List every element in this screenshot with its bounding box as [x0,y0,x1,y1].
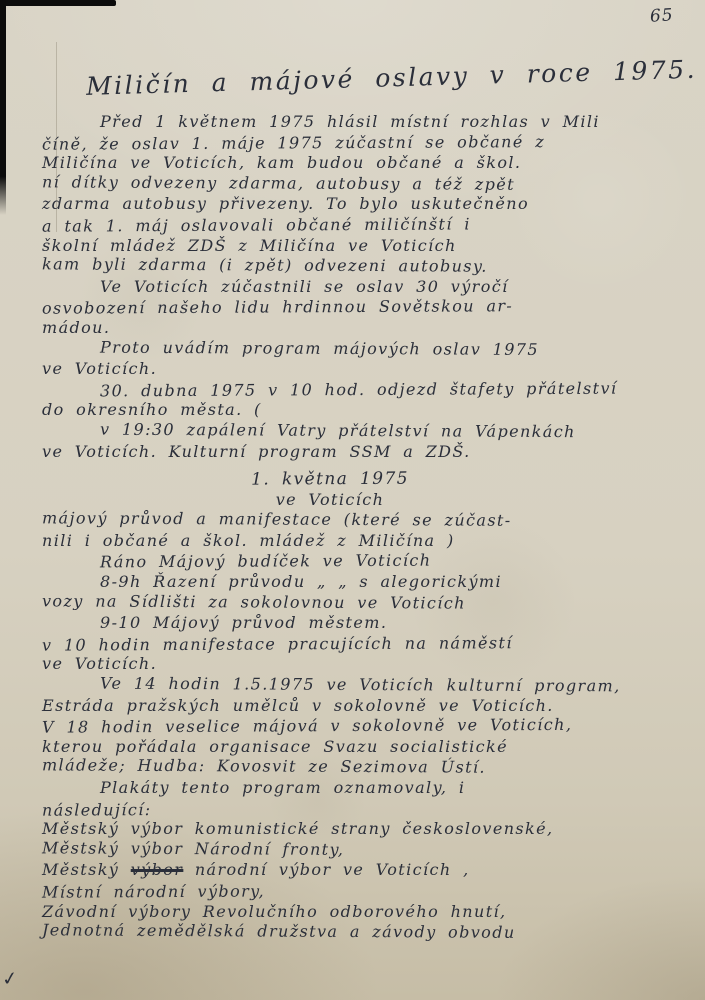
text-line: 30. dubna 1975 v 10 hod. odjezd štafety … [42,378,678,402]
text-line: Místní národní výbory, [42,879,678,903]
text-line: májový průvod a manifestace (které se zú… [42,509,678,533]
text-line: Závodní výbory Revolučního odborového hn… [42,902,678,923]
text-line: ve Voticích. [42,654,678,675]
text-line: 1. května 1975 [42,467,678,491]
page-title: Miličín a májové oslavy v roce 1975. [86,56,647,101]
text-line: ní dítky odvezeny zdarma, autobusy a též… [42,172,678,196]
text-line: Jednotná zemědělská družstva a závody ob… [42,920,678,944]
text-line: Ve 14 hodin 1.5.1975 ve Voticích kulturn… [42,673,678,697]
text-line: číně, že oslav 1. máje 1975 zúčastní se … [42,131,678,155]
checkmark-icon: ✓ [1,967,20,991]
text-line: nili i občané a škol. mládež z Miličína … [42,531,678,552]
scan-edge-left [0,0,6,215]
text-line: osvobození našeho lidu hrdinnou Sovětsko… [42,296,678,320]
text-line: školní mládež ZDŠ z Miličína ve Voticích [42,236,678,257]
text-line: Ráno Májový budíček ve Voticích [42,550,678,574]
text-line: vozy na Sídlišti za sokolovnou ve Voticí… [42,591,678,615]
text-segment: Městský [42,860,131,879]
text-line: Městský výbor komunistické strany českos… [42,819,678,840]
text-line: do okresního města. ( [42,400,678,421]
text-line: Ve Voticích zúčastnili se oslav 30 výroč… [42,277,678,298]
text-line: mádou. [42,318,678,339]
text-line: V 18 hodin veselice májová v sokolovně v… [42,715,678,739]
text-line: mládeže; Hudba: Kovosvit ze Sezimova Úst… [42,756,678,780]
text-segment: národní výbor ve Voticích , [183,860,469,879]
text-line: kam byli zdarma (i zpět) odvezeni autobu… [42,254,678,278]
text-line: Městský výbor národní výbor ve Voticích … [42,860,678,881]
text-line: kterou pořádala organisace Svazu sociali… [42,737,678,758]
handwritten-text: Před 1 květnem 1975 hlásil místní rozhla… [42,112,678,943]
text-line: a tak 1. máj oslavovali občané miličínšt… [42,213,678,237]
text-line: Před 1 květnem 1975 hlásil místní rozhla… [42,112,678,133]
page-number: 65 [649,5,674,27]
text-line: ve Voticích. [42,359,678,380]
text-line: v 19:30 zapálení Vatry přátelství na Váp… [42,419,678,443]
text-line: 9-10 Májový průvod městem. [42,613,678,634]
text-line: Městský výbor Národní fronty, [42,838,678,862]
text-line: ve Voticích. Kulturní program SSM a ZDŠ. [42,442,678,463]
text-line: Miličína ve Voticích, kam budou občané a… [42,153,678,174]
text-line: Plakáty tento program oznamovaly, i [42,778,678,799]
text-line: Proto uvádím program májových oslav 1975 [42,337,678,361]
text-line: následující: [42,797,678,821]
text-line: Estráda pražských umělců v sokolovně ve … [42,696,678,717]
chronicle-page: 65 Miličín a májové oslavy v roce 1975. … [0,0,705,1000]
text-line: 8-9h Řazení průvodu „ „ s alegorickými [42,572,678,593]
scan-edge-top [0,0,116,6]
text-line: ve Voticích [42,490,678,511]
text-line: zdarma autobusy přivezeny. To bylo uskut… [42,194,678,215]
text-line: v 10 hodin manifestace pracujících na ná… [42,632,678,656]
struck-text: výbor [131,860,184,879]
